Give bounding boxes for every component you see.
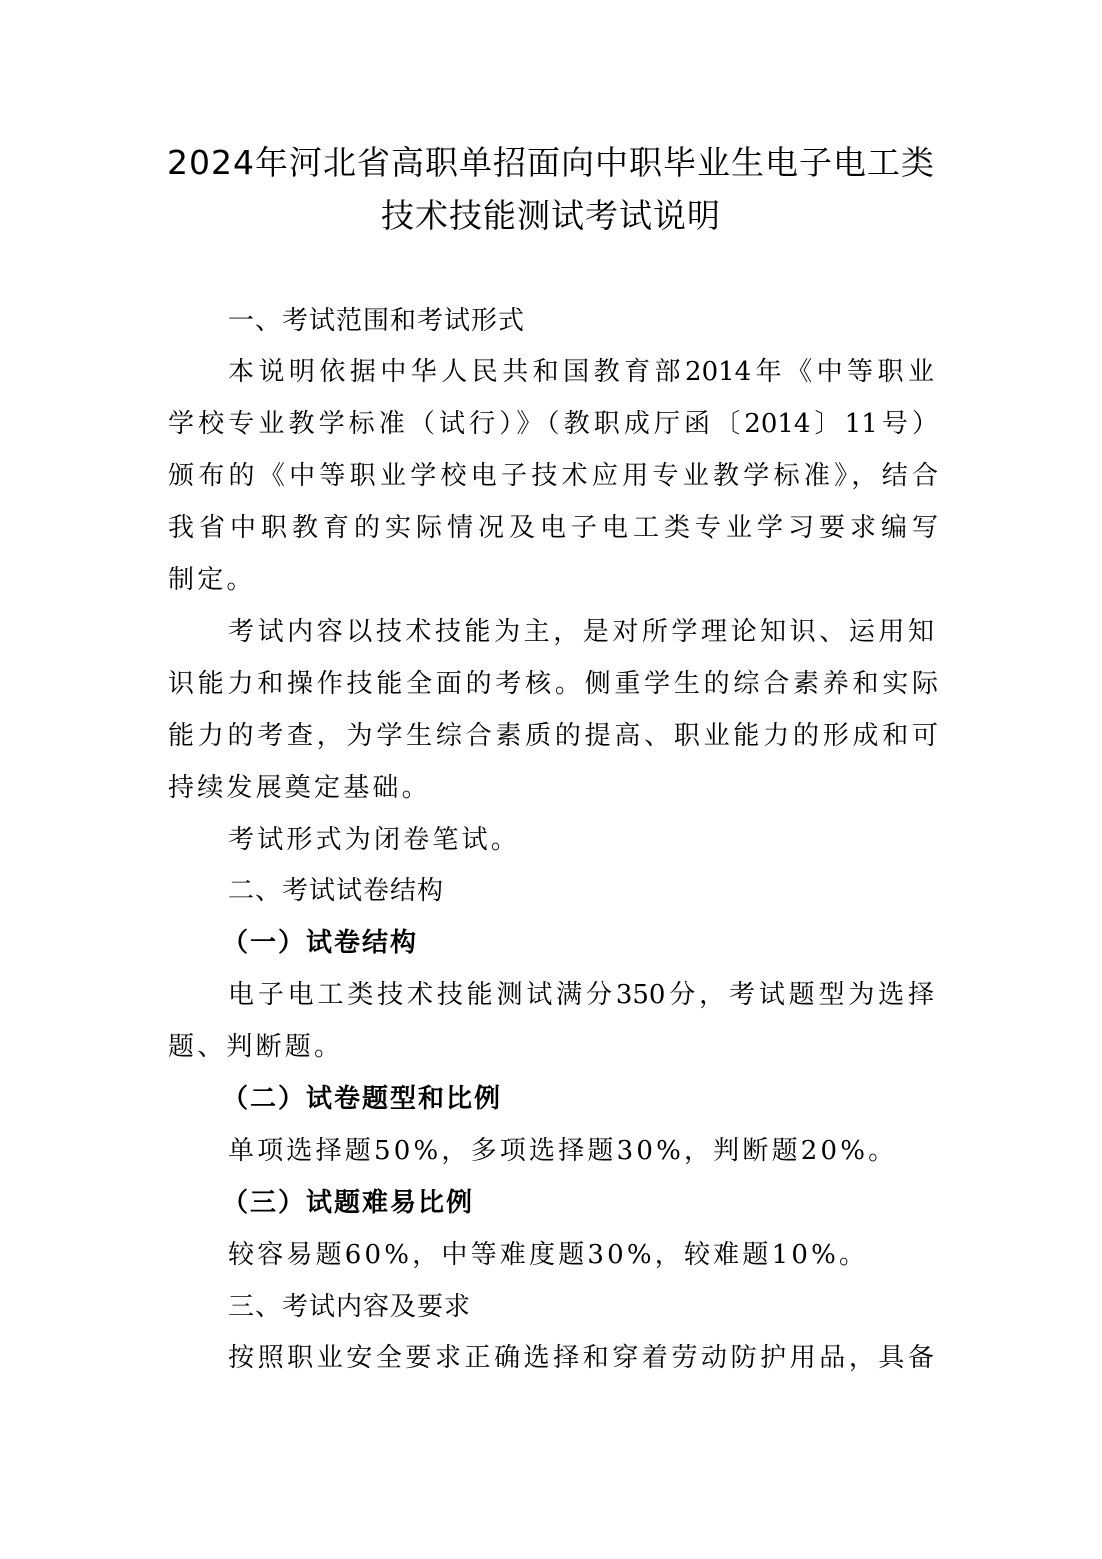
section3-heading: 三、考试内容及要求 — [228, 1290, 998, 1324]
section1-para2-line4: 持续发展奠定基础。 — [168, 771, 938, 805]
section2-sub1-heading: （一）试卷结构 — [222, 926, 992, 960]
section1-para3: 考试形式为闭卷笔试。 — [228, 823, 998, 857]
section2-sub2-text: 单项选择题50%，多项选择题30%，判断题20%。 — [228, 1134, 998, 1168]
section2-sub3-text: 较容易题60%，中等难度题30%，较难题10%。 — [228, 1238, 998, 1272]
section2-sub1-line2: 题、判断题。 — [168, 1030, 938, 1064]
section1-para1-line2: 学校专业教学标准（试行）》（教职成厅函〔2014〕11号） — [168, 407, 938, 441]
section1-para1-line1: 本说明依据中华人民共和国教育部2014年《中等职业 — [228, 355, 934, 389]
section1-heading: 一、考试范围和考试形式 — [228, 304, 998, 338]
section2-sub3-heading: （三）试题难易比例 — [222, 1186, 992, 1220]
section1-para2-line3: 能力的考查，为学生综合素质的提高、职业能力的形成和可 — [168, 719, 938, 753]
section2-heading: 二、考试试卷结构 — [228, 874, 998, 908]
section2-sub1-line1: 电子电工类技术技能测试满分350分，考试题型为选择 — [228, 978, 934, 1012]
document-page: 2024年河北省高职单招面向中职毕业生电子电工类 技术技能测试考试说明 一、考试… — [0, 0, 1102, 1559]
section1-para1-line4: 我省中职教育的实际情况及电子电工类专业学习要求编写 — [168, 511, 938, 545]
section1-para2-line2: 识能力和操作技能全面的考核。侧重学生的综合素养和实际 — [168, 667, 938, 701]
section1-para2-line1: 考试内容以技术技能为主，是对所学理论知识、运用知 — [228, 615, 934, 649]
document-title-line2: 技术技能测试考试说明 — [0, 196, 1102, 236]
section1-para1-line5: 制定。 — [168, 563, 938, 597]
section2-sub2-heading: （二）试卷题型和比例 — [222, 1082, 992, 1116]
section3-text: 按照职业安全要求正确选择和穿着劳动防护用品，具备 — [228, 1341, 934, 1375]
section1-para1-line3: 颁布的《中等职业学校电子技术应用专业教学标准》，结合 — [168, 459, 938, 493]
document-title-line1: 2024年河北省高职单招面向中职毕业生电子电工类 — [0, 143, 1102, 183]
